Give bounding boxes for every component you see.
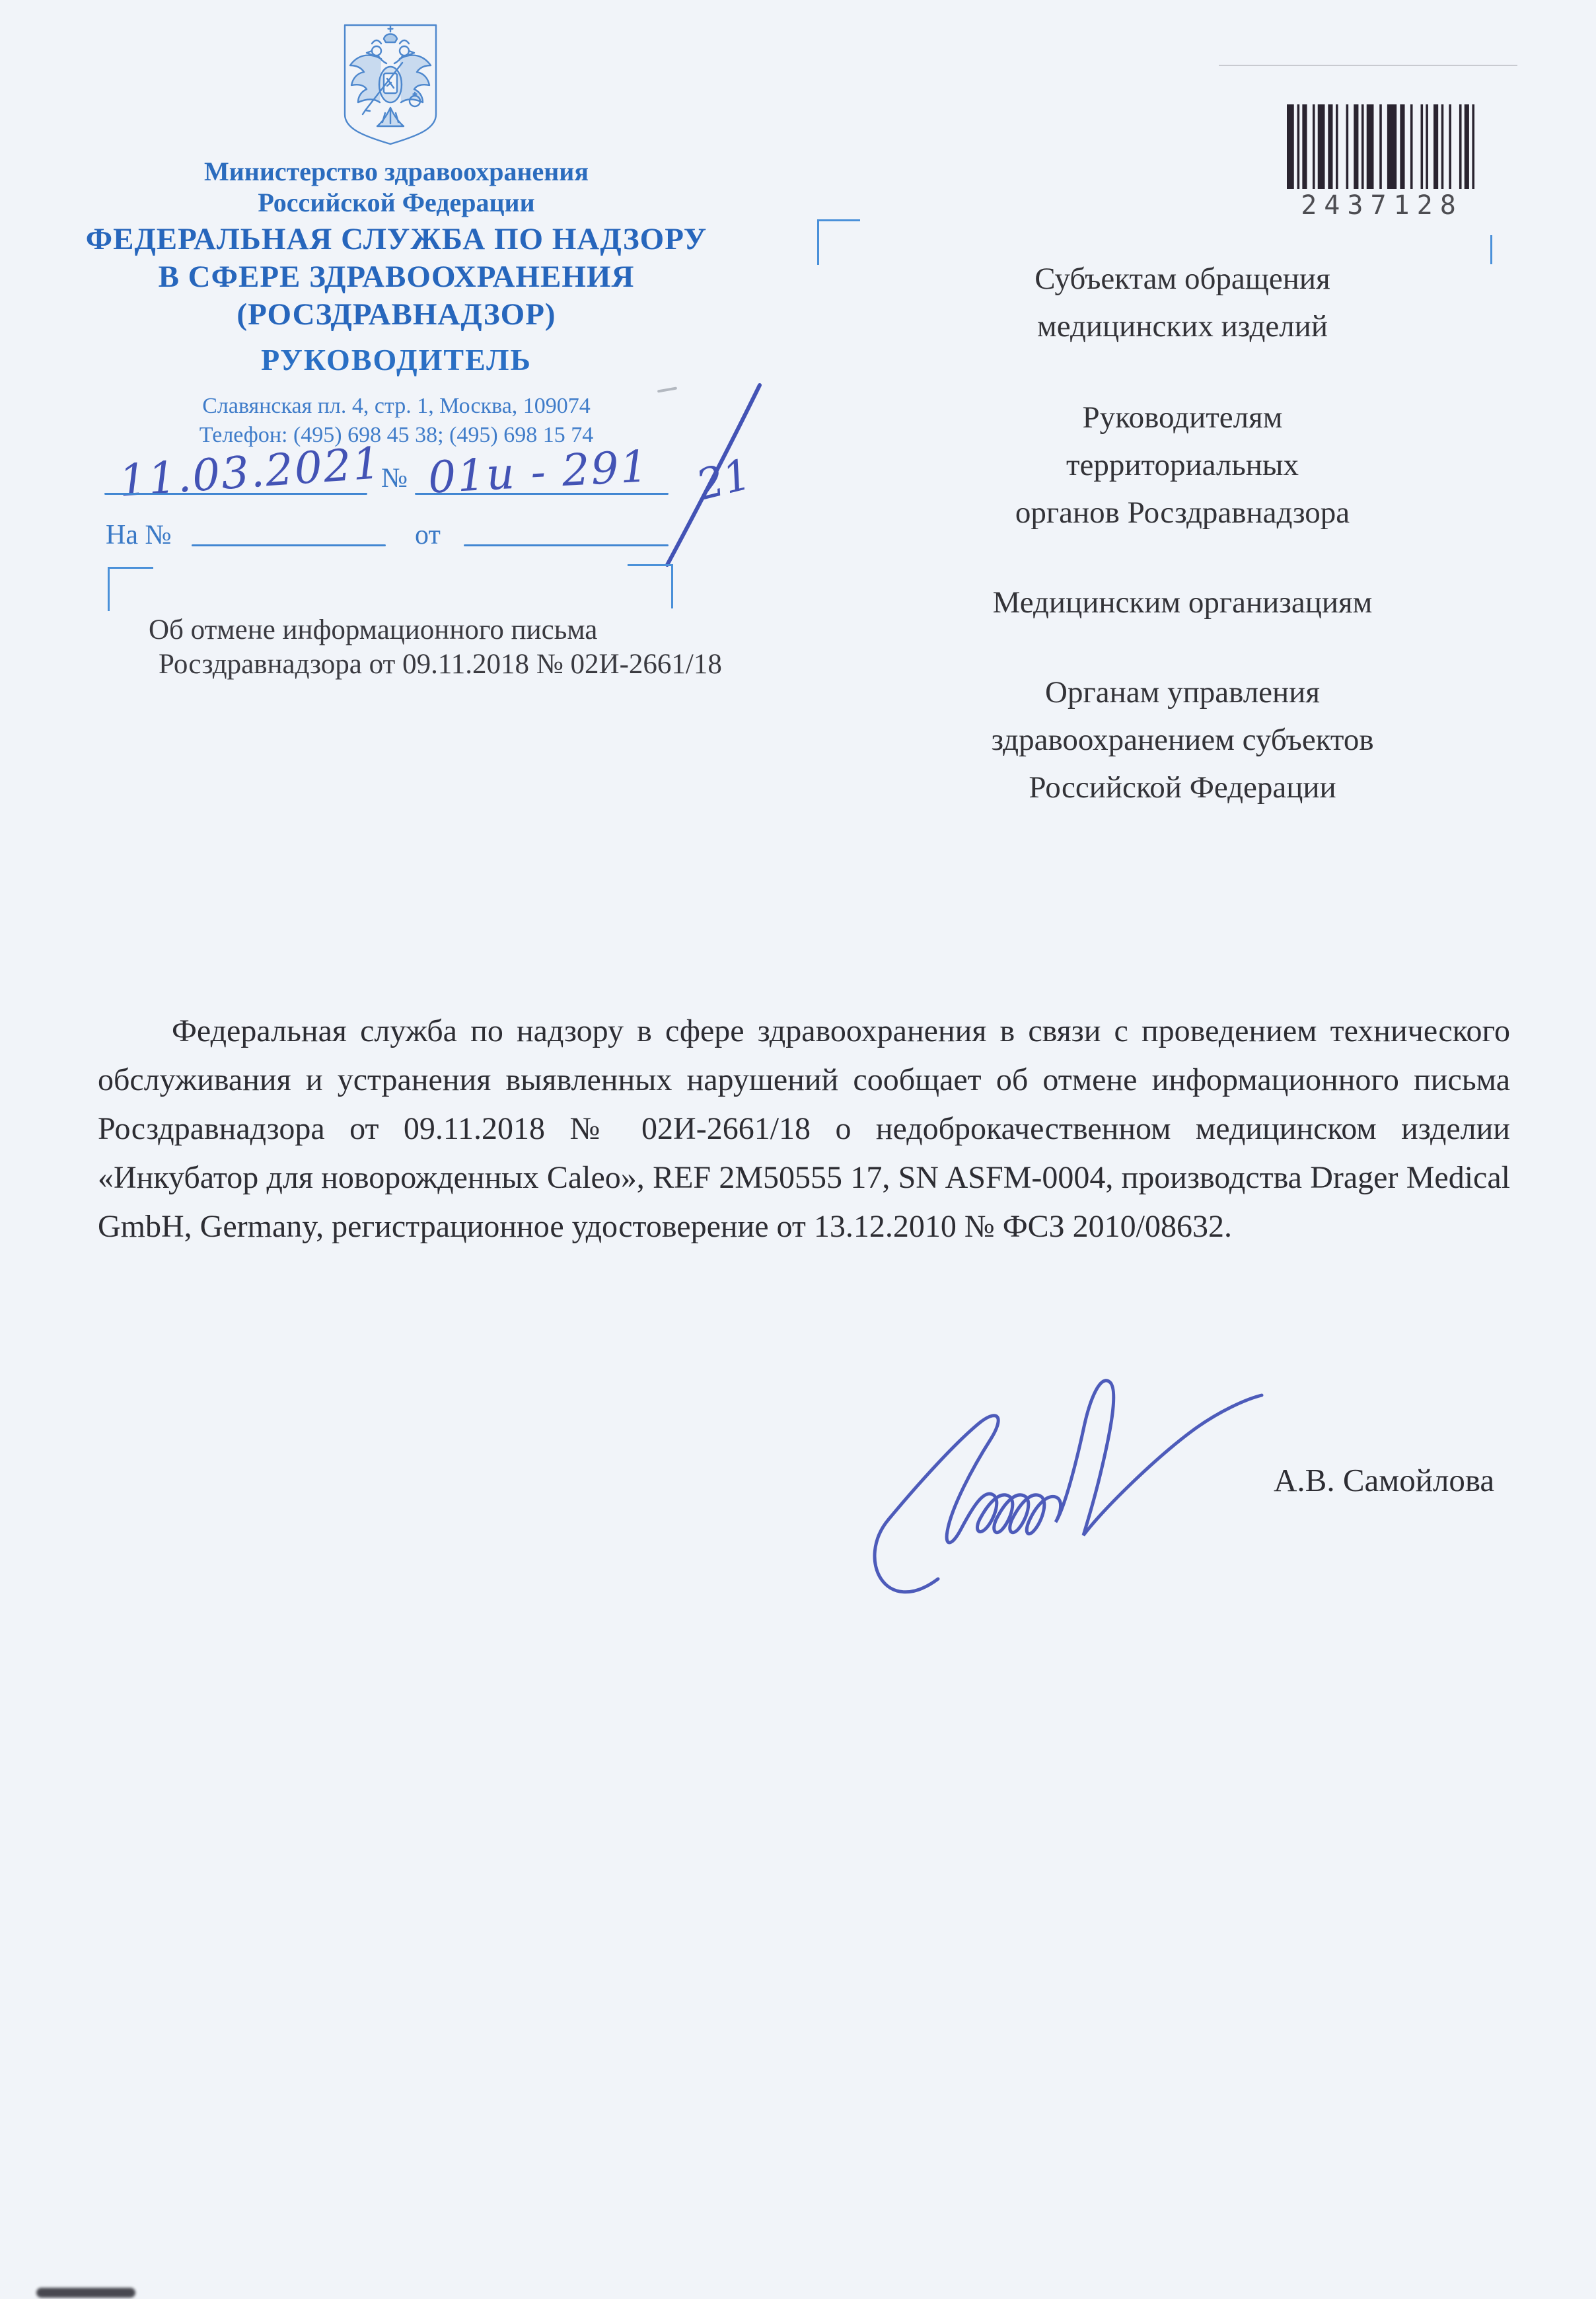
- service-name-line1: ФЕДЕРАЛЬНАЯ СЛУЖБА ПО НАДЗОРУ: [73, 221, 720, 258]
- scan-smudge: [36, 2288, 135, 2298]
- signer-name: А.В. Самойлова: [1274, 1461, 1494, 1499]
- reply-from-label: от: [415, 519, 441, 551]
- body-paragraph: Федеральная служба по надзору в сфере зд…: [98, 1007, 1510, 1251]
- recipient-line: Органам управления: [852, 669, 1513, 716]
- number-sign-label: №: [381, 462, 408, 494]
- ministry-name-line2: Российской Федерации: [73, 188, 720, 218]
- recipient-group-2: Руководителям территориальных органов Ро…: [852, 394, 1513, 536]
- recipient-line: территориальных: [852, 441, 1513, 489]
- document-page: Министерство здравоохранения Российской …: [0, 0, 1596, 2299]
- reply-no-label: На №: [106, 519, 172, 551]
- service-name-line2: В СФЕРЕ ЗДРАВООХРАНЕНИЯ: [73, 258, 720, 296]
- recipient-group-1: Субъектам обращения медицинских изделий: [852, 255, 1513, 350]
- recipient-line: Руководителям: [852, 394, 1513, 441]
- subject-line1: Об отмене информационного письма: [149, 613, 597, 647]
- reply-date-underline: [464, 544, 669, 546]
- subject-bracket-right: [628, 564, 673, 608]
- recipient-group-4: Органам управления здравоохранением субъ…: [852, 669, 1513, 811]
- recipient-line: Субъектам обращения: [852, 255, 1513, 303]
- russia-coat-of-arms-icon: [340, 22, 441, 149]
- subject-line2: Росздравнадзора от 09.11.2018 № 02И-2661…: [159, 647, 722, 682]
- number-underline: [415, 493, 669, 495]
- recipient-line: Российской Федерации: [852, 764, 1513, 811]
- recipient-line: медицинских изделий: [852, 303, 1513, 350]
- date-underline: [104, 493, 367, 495]
- recipient-line: органов Росздравнадзора: [852, 489, 1513, 536]
- recipient-group-3: Медицинским организациям: [852, 579, 1513, 626]
- recipient-line: здравоохранением субъектов: [852, 716, 1513, 764]
- recipients-column: Субъектам обращения медицинских изделий …: [852, 0, 1513, 793]
- reply-number-underline: [192, 544, 386, 546]
- role-title: РУКОВОДИТЕЛЬ: [73, 342, 720, 377]
- ministry-name-line1: Министерство здравоохранения: [73, 157, 720, 187]
- signature-scrawl: [859, 1361, 1282, 1612]
- recipient-line: Медицинским организациям: [852, 579, 1513, 626]
- subject-bracket-left: [108, 567, 153, 611]
- address-line: Славянская пл. 4, стр. 1, Москва, 109074: [73, 392, 720, 421]
- service-name-line3: (РОСЗДРАВНАДЗОР): [73, 296, 720, 334]
